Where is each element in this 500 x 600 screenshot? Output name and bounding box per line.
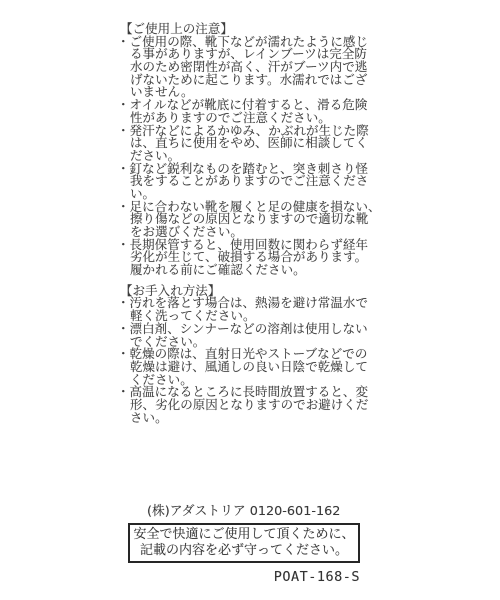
notice-line: 記載の内容を必ず守ってください。 bbox=[130, 543, 358, 559]
bullet-continuation-line: さい。 bbox=[117, 412, 407, 425]
section: 【ご使用上の注意】・ご使用の際、靴下などが濡れたように感じる事がありますが、レイ… bbox=[117, 23, 407, 277]
section: 【お手入れ方法】・汚れを落とす場合は、熱湯を避け常温水で軽く洗ってください。・漂… bbox=[117, 285, 407, 425]
sections: 【ご使用上の注意】・ご使用の際、靴下などが濡れたように感じる事がありますが、レイ… bbox=[117, 23, 407, 424]
care-label-document: 【ご使用上の注意】・ご使用の際、靴下などが濡れたように感じる事がありますが、レイ… bbox=[117, 23, 407, 585]
notice-line: 安全で快適にご使用して頂くために、 bbox=[130, 527, 358, 543]
product-code: POAT-168-S bbox=[117, 569, 360, 585]
company-contact: (株)アダストリア 0120-601-162 bbox=[147, 500, 407, 519]
bullet-continuation-line: 我をすることがありますのでご注意くださ bbox=[117, 175, 407, 188]
notice-box: 安全で快適にご使用して頂くために、 記載の内容を必ず守ってください。 bbox=[128, 523, 360, 563]
bullet-continuation-line: 履かれる前にご確認ください。 bbox=[117, 264, 407, 277]
